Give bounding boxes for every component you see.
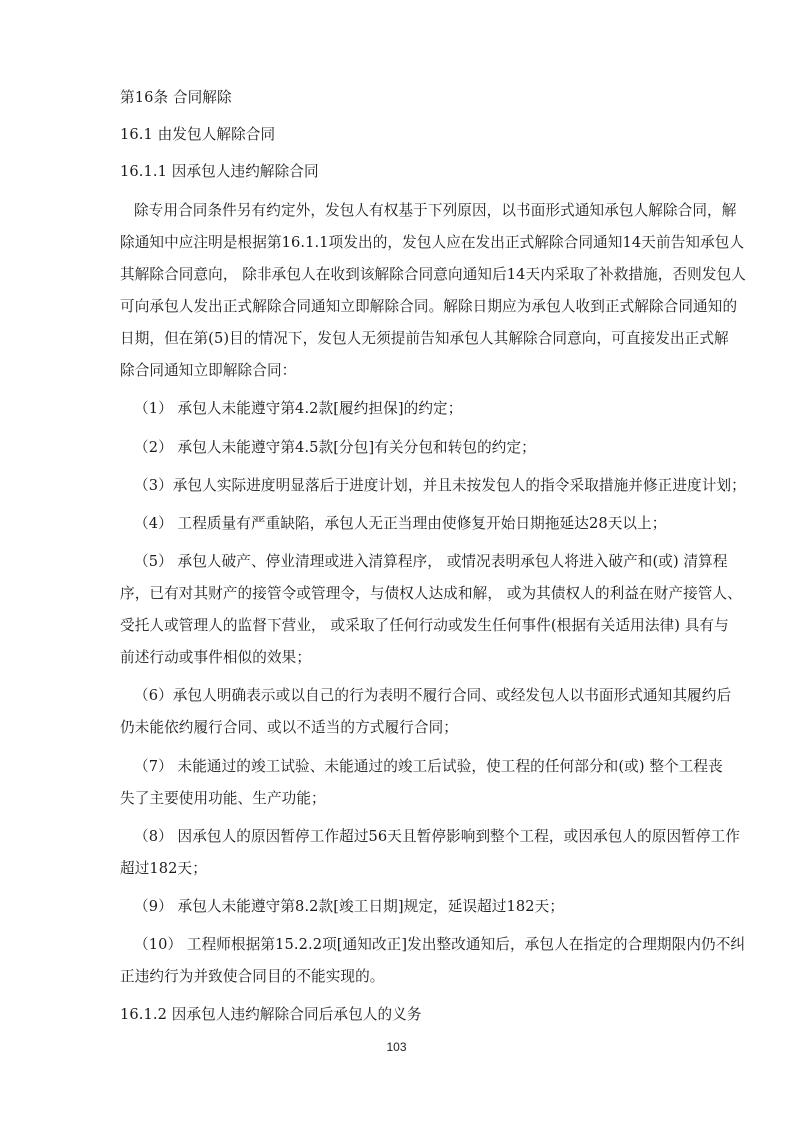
article-title: 第16条 合同解除 <box>120 88 232 108</box>
list-item-1: （1） 承包人未能遵守第4.2款[履约担保]的约定； <box>134 399 462 419</box>
list-item-7: （7） 未能通过的竣工试验、未能通过的竣工后试验，使工程的任何部分和(或) 整个… <box>134 757 723 777</box>
document-page: 第16条 合同解除 16.1 由发包人解除合同 16.1.1 因承包人违约解除合… <box>0 0 793 1122</box>
list-item-6-continued: 仍未能依约履行合同、或以不适当的方式履行合同； <box>120 718 458 738</box>
paragraph-line: 可向承包人发出正式解除合同通知立即解除合同。解除日期应为承包人收到正式解除合同通… <box>120 297 737 317</box>
page-number: 103 <box>0 1040 793 1054</box>
list-item-7-continued: 失了主要使用功能、生产功能； <box>120 789 326 809</box>
list-item-5: （5） 承包人破产、停业清理或进入清算程序， 或情况表明承包人将进入破产和(或)… <box>134 552 728 572</box>
paragraph-line: 其解除合同意向， 除非承包人在收到该解除合同意向通知后14天内采取了补救措施，否… <box>120 265 746 285</box>
section-heading-16-1-2: 16.1.2 因承包人违约解除合同后承包人的义务 <box>120 1005 422 1025</box>
section-heading-16-1-1: 16.1.1 因承包人违约解除合同 <box>120 162 319 182</box>
list-item-6: （6）承包人明确表示或以自己的行为表明不履行合同、或经发包人以书面形式通知其履约… <box>134 686 731 706</box>
list-item-2: （2） 承包人未能遵守第4.5款[分包]有关分包和转包的约定； <box>134 438 536 458</box>
list-item-4: （4） 工程质量有严重缺陷，承包人无正当理由使修复开始日期拖延达28天以上； <box>134 514 666 534</box>
paragraph-line: 除通知中应注明是根据第16.1.1项发出的，发包人应在发出正式解除合同通知14天… <box>120 233 744 253</box>
list-item-8-continued: 超过182天； <box>120 859 207 879</box>
paragraph-line: 除合同通知立即解除合同： <box>120 361 296 381</box>
list-item-5-continued: 受托人或管理人的监督下营业， 或采取了任何行动或发生任何事件(根据有关适用法律)… <box>120 616 729 636</box>
list-item-10: （10） 工程师根据第15.2.2项[通知改正]发出整改通知后，承包人在指定的合… <box>134 935 745 955</box>
list-item-8: （8） 因承包人的原因暂停工作超过56天且暂停影响到整个工程，或因承包人的原因暂… <box>134 827 740 847</box>
list-item-10-continued: 正违约行为并致使合同目的不能实现的。 <box>120 967 385 987</box>
list-item-9: （9） 承包人未能遵守第8.2款[竣工日期]规定，延误超过182天； <box>134 897 564 917</box>
list-item-5-continued: 序，已有对其财产的接管令或管理令，与债权人达成和解， 或为其债权人的利益在财产接… <box>120 584 742 604</box>
list-item-5-continued: 前述行动或事件相似的效果； <box>120 648 311 668</box>
section-heading-16-1: 16.1 由发包人解除合同 <box>120 125 275 145</box>
paragraph-line: 日期，但在第(5)目的情况下，发包人无须提前告知承包人其解除合同意向，可直接发出… <box>120 329 729 349</box>
list-item-3: （3）承包人实际进度明显落后于进度计划，并且未按发包人的指令采取措施并修正进度计… <box>134 476 746 496</box>
paragraph-line: 除专用合同条件另有约定外，发包人有权基于下列原因，以书面形式通知承包人解除合同，… <box>134 201 736 221</box>
